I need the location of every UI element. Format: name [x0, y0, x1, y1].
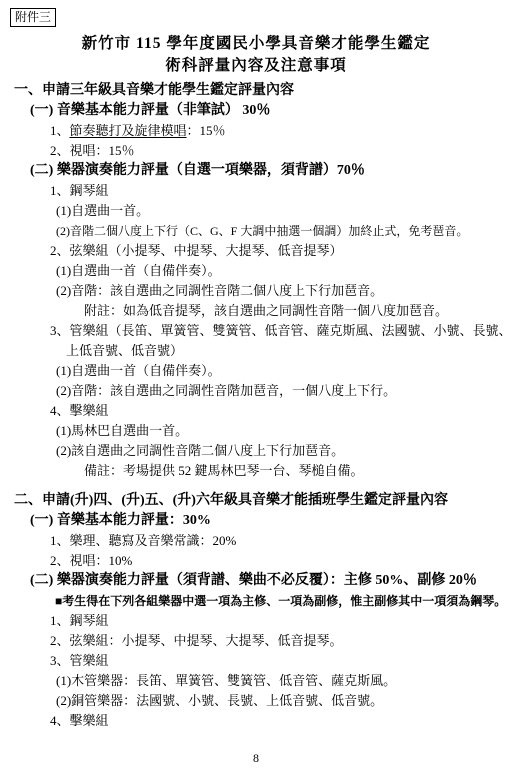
- doc-line: ■考生得在下列各組樂器中選一項為主修、一項為副修，惟主副修其中一項須為鋼琴。: [0, 591, 512, 611]
- doc-text: (二) 樂器演奏能力評量（自選一項樂器，須背譜）70％: [30, 163, 365, 178]
- doc-line: 2、視唱：15％: [0, 141, 512, 161]
- doc-text: 1、鋼琴組: [50, 613, 109, 628]
- doc-text: 3、管樂組: [50, 653, 109, 668]
- doc-text: 4、擊樂組: [50, 403, 109, 418]
- document-body: 一、申請三年級具音樂才能學生鑑定評量內容(一) 音樂基本能力評量（非筆試） 30…: [0, 81, 512, 731]
- doc-line: 1、節奏聽打及旋律模唱：15％: [0, 121, 512, 141]
- doc-line: (1)馬林巴自選曲一首。: [0, 421, 512, 441]
- doc-line: 3、管樂組（長笛、單簧管、雙簧管、低音管、薩克斯風、法國號、小號、長號、: [0, 321, 512, 341]
- doc-line: (2)音階：該自選曲之同調性音階加琶音，一個八度上下行。: [0, 381, 512, 401]
- doc-text: 3、管樂組（長笛、單簧管、雙簧管、低音管、薩克斯風、法國號、小號、長號、: [50, 323, 512, 338]
- doc-text: 1、樂理、聽寫及音樂常識：20%: [50, 533, 236, 548]
- doc-line: 2、弦樂組：小提琴、中提琴、大提琴、低音提琴。: [0, 631, 512, 651]
- doc-text: ：15％: [187, 123, 226, 138]
- doc-text: 備註：考場提供 52 鍵馬林巴琴一台、琴槌自備。: [84, 463, 364, 478]
- document-page: 附件三 新竹市 115 學年度國民小學具音樂才能學生鑑定 術科評量內容及注意事項…: [0, 0, 512, 782]
- document-title-line1: 新竹市 115 學年度國民小學具音樂才能學生鑑定: [0, 33, 512, 55]
- doc-text: 2、視唱：10%: [50, 553, 132, 568]
- doc-text: 1、: [50, 123, 70, 138]
- doc-text: 二、申請(升)四、(升)五、(升)六年級具音樂才能插班學生鑑定評量內容: [14, 493, 448, 508]
- attachment-label: 附件三: [10, 8, 56, 27]
- doc-text: (2)該自選曲之同調性音階二個八度上下行加琶音。: [56, 443, 344, 458]
- doc-line: (2)該自選曲之同調性音階二個八度上下行加琶音。: [0, 441, 512, 461]
- page-number: 8: [0, 751, 512, 766]
- doc-text: 上低音號、低音號）: [66, 343, 183, 358]
- doc-line: 4、擊樂組: [0, 711, 512, 731]
- doc-line: (1)木管樂器：長笛、單簧管、雙簧管、低音管、薩克斯風。: [0, 671, 512, 691]
- doc-text: (2)音階二個八度上下行（C、G、F 大調中抽選一個調）加終止式，免考琶音。: [56, 224, 468, 238]
- doc-line: 1、樂理、聽寫及音樂常識：20%: [0, 531, 512, 551]
- doc-text: (1)自選曲一首（自備伴奏）。: [56, 363, 221, 378]
- doc-line: 2、弦樂組（小提琴、中提琴、大提琴、低音提琴）: [0, 241, 512, 261]
- doc-line: 2、視唱：10%: [0, 551, 512, 571]
- doc-line: 上低音號、低音號）: [0, 341, 512, 361]
- doc-text: (2)音階：該自選曲之同調性音階二個八度上下行加琶音。: [56, 283, 383, 298]
- doc-line: (1)自選曲一首（自備伴奏）。: [0, 361, 512, 381]
- doc-line: 4、擊樂組: [0, 401, 512, 421]
- doc-line: 1、鋼琴組: [0, 181, 512, 201]
- doc-text: (1)自選曲一首（自備伴奏）。: [56, 263, 221, 278]
- doc-text: (1)馬林巴自選曲一首。: [56, 423, 188, 438]
- doc-text: (一) 音樂基本能力評量（非筆試） 30％: [30, 103, 270, 118]
- doc-text: ■考生得在下列各組樂器中選一項為主修、一項為副修，惟主副修其中一項須為鋼琴。: [55, 594, 506, 608]
- doc-line: (2)銅管樂器：法國號、小號、長號、上低音號、低音號。: [0, 691, 512, 711]
- doc-text: 一、申請三年級具音樂才能學生鑑定評量內容: [14, 83, 294, 98]
- underlined-text: 節奏聽打及旋律模唱: [70, 123, 187, 138]
- doc-line: 附註：如為低音提琴，該自選曲之同調性音階一個八度加琶音。: [0, 301, 512, 321]
- doc-line: (二) 樂器演奏能力評量（須背譜、樂曲不必反覆）：主修 50%、副修 20％: [0, 571, 512, 591]
- doc-text: (1)自選曲一首。: [56, 203, 149, 218]
- doc-line: (一) 音樂基本能力評量（非筆試） 30％: [0, 101, 512, 121]
- doc-text: 2、弦樂組：小提琴、中提琴、大提琴、低音提琴。: [50, 633, 343, 648]
- doc-line: 備註：考場提供 52 鍵馬林巴琴一台、琴槌自備。: [0, 461, 512, 481]
- doc-text: (二) 樂器演奏能力評量（須背譜、樂曲不必反覆）：主修 50%、副修 20％: [30, 573, 477, 588]
- doc-line: 1、鋼琴組: [0, 611, 512, 631]
- doc-text: 附註：如為低音提琴，該自選曲之同調性音階一個八度加琶音。: [84, 303, 448, 318]
- doc-line: 一、申請三年級具音樂才能學生鑑定評量內容: [0, 81, 512, 101]
- doc-text: 4、擊樂組: [50, 713, 109, 728]
- document-title-line2: 術科評量內容及注意事項: [0, 55, 512, 77]
- doc-line: 二、申請(升)四、(升)五、(升)六年級具音樂才能插班學生鑑定評量內容: [0, 491, 512, 511]
- doc-line: (一) 音樂基本能力評量：30%: [0, 511, 512, 531]
- doc-text: (2)銅管樂器：法國號、小號、長號、上低音號、低音號。: [56, 693, 383, 708]
- doc-text: 2、弦樂組（小提琴、中提琴、大提琴、低音提琴）: [50, 243, 343, 258]
- doc-text: (1)木管樂器：長笛、單簧管、雙簧管、低音管、薩克斯風。: [56, 673, 396, 688]
- doc-line: (2)音階：該自選曲之同調性音階二個八度上下行加琶音。: [0, 281, 512, 301]
- doc-line: (2)音階二個八度上下行（C、G、F 大調中抽選一個調）加終止式，免考琶音。: [0, 221, 512, 241]
- doc-text: (一) 音樂基本能力評量：30%: [30, 513, 211, 528]
- doc-text: 2、視唱：15％: [50, 143, 135, 158]
- doc-line: (二) 樂器演奏能力評量（自選一項樂器，須背譜）70％: [0, 161, 512, 181]
- doc-line: (1)自選曲一首。: [0, 201, 512, 221]
- doc-line: (1)自選曲一首（自備伴奏）。: [0, 261, 512, 281]
- doc-text: 1、鋼琴組: [50, 183, 109, 198]
- doc-line: 3、管樂組: [0, 651, 512, 671]
- doc-text: (2)音階：該自選曲之同調性音階加琶音，一個八度上下行。: [56, 383, 396, 398]
